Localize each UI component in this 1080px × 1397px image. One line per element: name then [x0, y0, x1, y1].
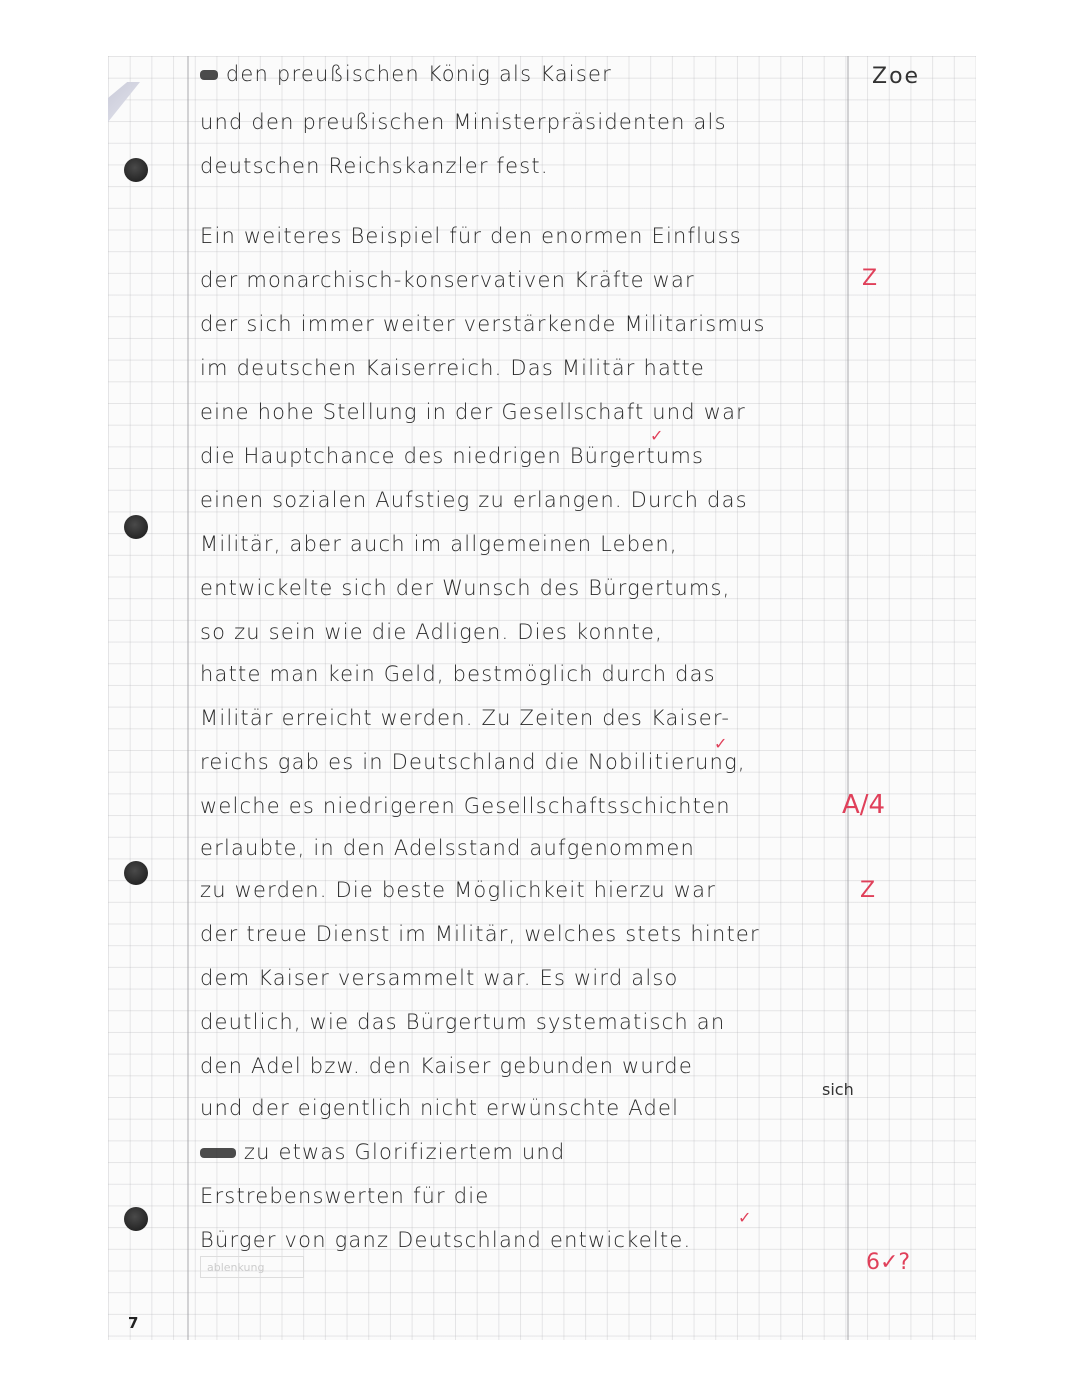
line-text: deutlich, wie das Bürgertum systematisch… — [200, 1010, 725, 1034]
text-line: und der eigentlich nicht erwünschte Adel — [200, 1096, 679, 1120]
text-line: im deutschen Kaiserreich. Das Militär ha… — [200, 356, 705, 380]
line-text: die Hauptchance des niedrigen Bürgertums — [200, 444, 704, 468]
punch-hole-icon — [124, 1207, 148, 1231]
line-text: Ein weiteres Beispiel für den enormen Ei… — [200, 224, 742, 248]
text-line: und den preußischen Ministerpräsidenten … — [200, 110, 727, 134]
text-line: entwickelte sich der Wunsch des Bürgertu… — [200, 576, 731, 600]
page-number: 7 — [128, 1314, 138, 1332]
student-name: Zoe — [872, 64, 920, 89]
punch-hole-icon — [124, 515, 148, 539]
checkmark-icon: ✓ — [650, 426, 663, 445]
line-text: dem Kaiser versammelt war. Es wird also — [200, 966, 679, 990]
line-text: der treue Dienst im Militär, welches ste… — [200, 922, 760, 946]
correction-mark: A/4 — [842, 790, 885, 820]
text-line: Bürger von ganz Deutschland entwickelte. — [200, 1228, 691, 1252]
right-margin-line — [847, 56, 849, 1340]
line-text: den preußischen König als Kaiser — [226, 62, 612, 86]
line-text: einen sozialen Aufstieg zu erlangen. Dur… — [200, 488, 748, 512]
line-text: den Adel bzw. den Kaiser gebunden wurde — [200, 1054, 693, 1078]
line-text: Militär erreicht werden. Zu Zeiten des K… — [200, 706, 730, 730]
correction-mark: Z — [860, 878, 875, 903]
crossed-out-word — [200, 70, 218, 80]
text-line: reichs gab es in Deutschland die Nobilit… — [200, 750, 746, 774]
text-line: deutschen Reichskanzler fest. — [200, 154, 549, 178]
text-line: deutlich, wie das Bürgertum systematisch… — [200, 1010, 725, 1034]
line-text: Bürger von ganz Deutschland entwickelte. — [200, 1228, 691, 1252]
line-text: im deutschen Kaiserreich. Das Militär ha… — [200, 356, 705, 380]
line-text: eine hohe Stellung in der Gesellschaft u… — [200, 400, 746, 424]
line-text: zu werden. Die beste Möglichkeit hierzu … — [200, 878, 716, 902]
text-line: erlaubte, in den Adelsstand aufgenommen — [200, 836, 695, 860]
text-line: den Adel bzw. den Kaiser gebunden wurde — [200, 1054, 693, 1078]
line-text: Erstrebenswerten für die — [200, 1184, 489, 1208]
line-text: entwickelte sich der Wunsch des Bürgertu… — [200, 576, 731, 600]
line-text: zu etwas Glorifiziertem und — [244, 1140, 566, 1164]
text-line: den preußischen König als Kaiser — [200, 62, 612, 86]
text-line: einen sozialen Aufstieg zu erlangen. Dur… — [200, 488, 748, 512]
line-text: so zu sein wie die Adligen. Dies konnte, — [200, 620, 663, 644]
text-line: die Hauptchance des niedrigen Bürgertums — [200, 444, 704, 468]
punch-hole-icon — [124, 158, 148, 182]
text-line: Ein weiteres Beispiel für den enormen Ei… — [200, 224, 742, 248]
text-line: zu etwas Glorifiziertem und — [200, 1140, 565, 1164]
checkmark-icon: ✓ — [714, 734, 727, 753]
text-line: eine hohe Stellung in der Gesellschaft u… — [200, 400, 746, 424]
text-line: Erstrebenswerten für die — [200, 1184, 489, 1208]
line-text: Militär, aber auch im allgemeinen Leben, — [200, 532, 678, 556]
text-line: Militär erreicht werden. Zu Zeiten des K… — [200, 706, 730, 730]
text-line: der sich immer weiter verstärkende Milit… — [200, 312, 766, 336]
left-margin-line — [187, 56, 189, 1340]
text-line: dem Kaiser versammelt war. Es wird also — [200, 966, 679, 990]
correction-mark: 6✓? — [866, 1250, 910, 1275]
line-text: deutschen Reichskanzler fest. — [200, 154, 549, 178]
line-text: reichs gab es in Deutschland die Nobilit… — [200, 750, 746, 774]
text-line: Militär, aber auch im allgemeinen Leben, — [200, 532, 678, 556]
punch-hole-icon — [124, 861, 148, 885]
text-line: so zu sein wie die Adligen. Dies konnte, — [200, 620, 663, 644]
line-text: der sich immer weiter verstärkende Milit… — [200, 312, 766, 336]
inserted-word: sich — [822, 1080, 854, 1099]
text-line: welche es niedrigeren Gesellschaftsschic… — [200, 794, 731, 818]
checkmark-icon: ✓ — [738, 1208, 751, 1227]
line-text: erlaubte, in den Adelsstand aufgenommen — [200, 836, 695, 860]
line-text: und den preußischen Ministerpräsidenten … — [200, 110, 727, 134]
line-text: der monarchisch-konservativen Kräfte war — [200, 268, 695, 292]
line-text: und der eigentlich nicht erwünschte Adel — [200, 1096, 679, 1120]
correction-mark: Z — [862, 266, 877, 291]
text-line: der treue Dienst im Militär, welches ste… — [200, 922, 760, 946]
faded-stamp: ablenkung — [200, 1256, 304, 1278]
text-line: der monarchisch-konservativen Kräfte war — [200, 268, 695, 292]
line-text: welche es niedrigeren Gesellschaftsschic… — [200, 794, 731, 818]
text-line: hatte man kein Geld, bestmöglich durch d… — [200, 662, 716, 686]
crossed-out-word — [200, 1148, 236, 1158]
line-text: hatte man kein Geld, bestmöglich durch d… — [200, 662, 716, 686]
text-line: zu werden. Die beste Möglichkeit hierzu … — [200, 878, 716, 902]
